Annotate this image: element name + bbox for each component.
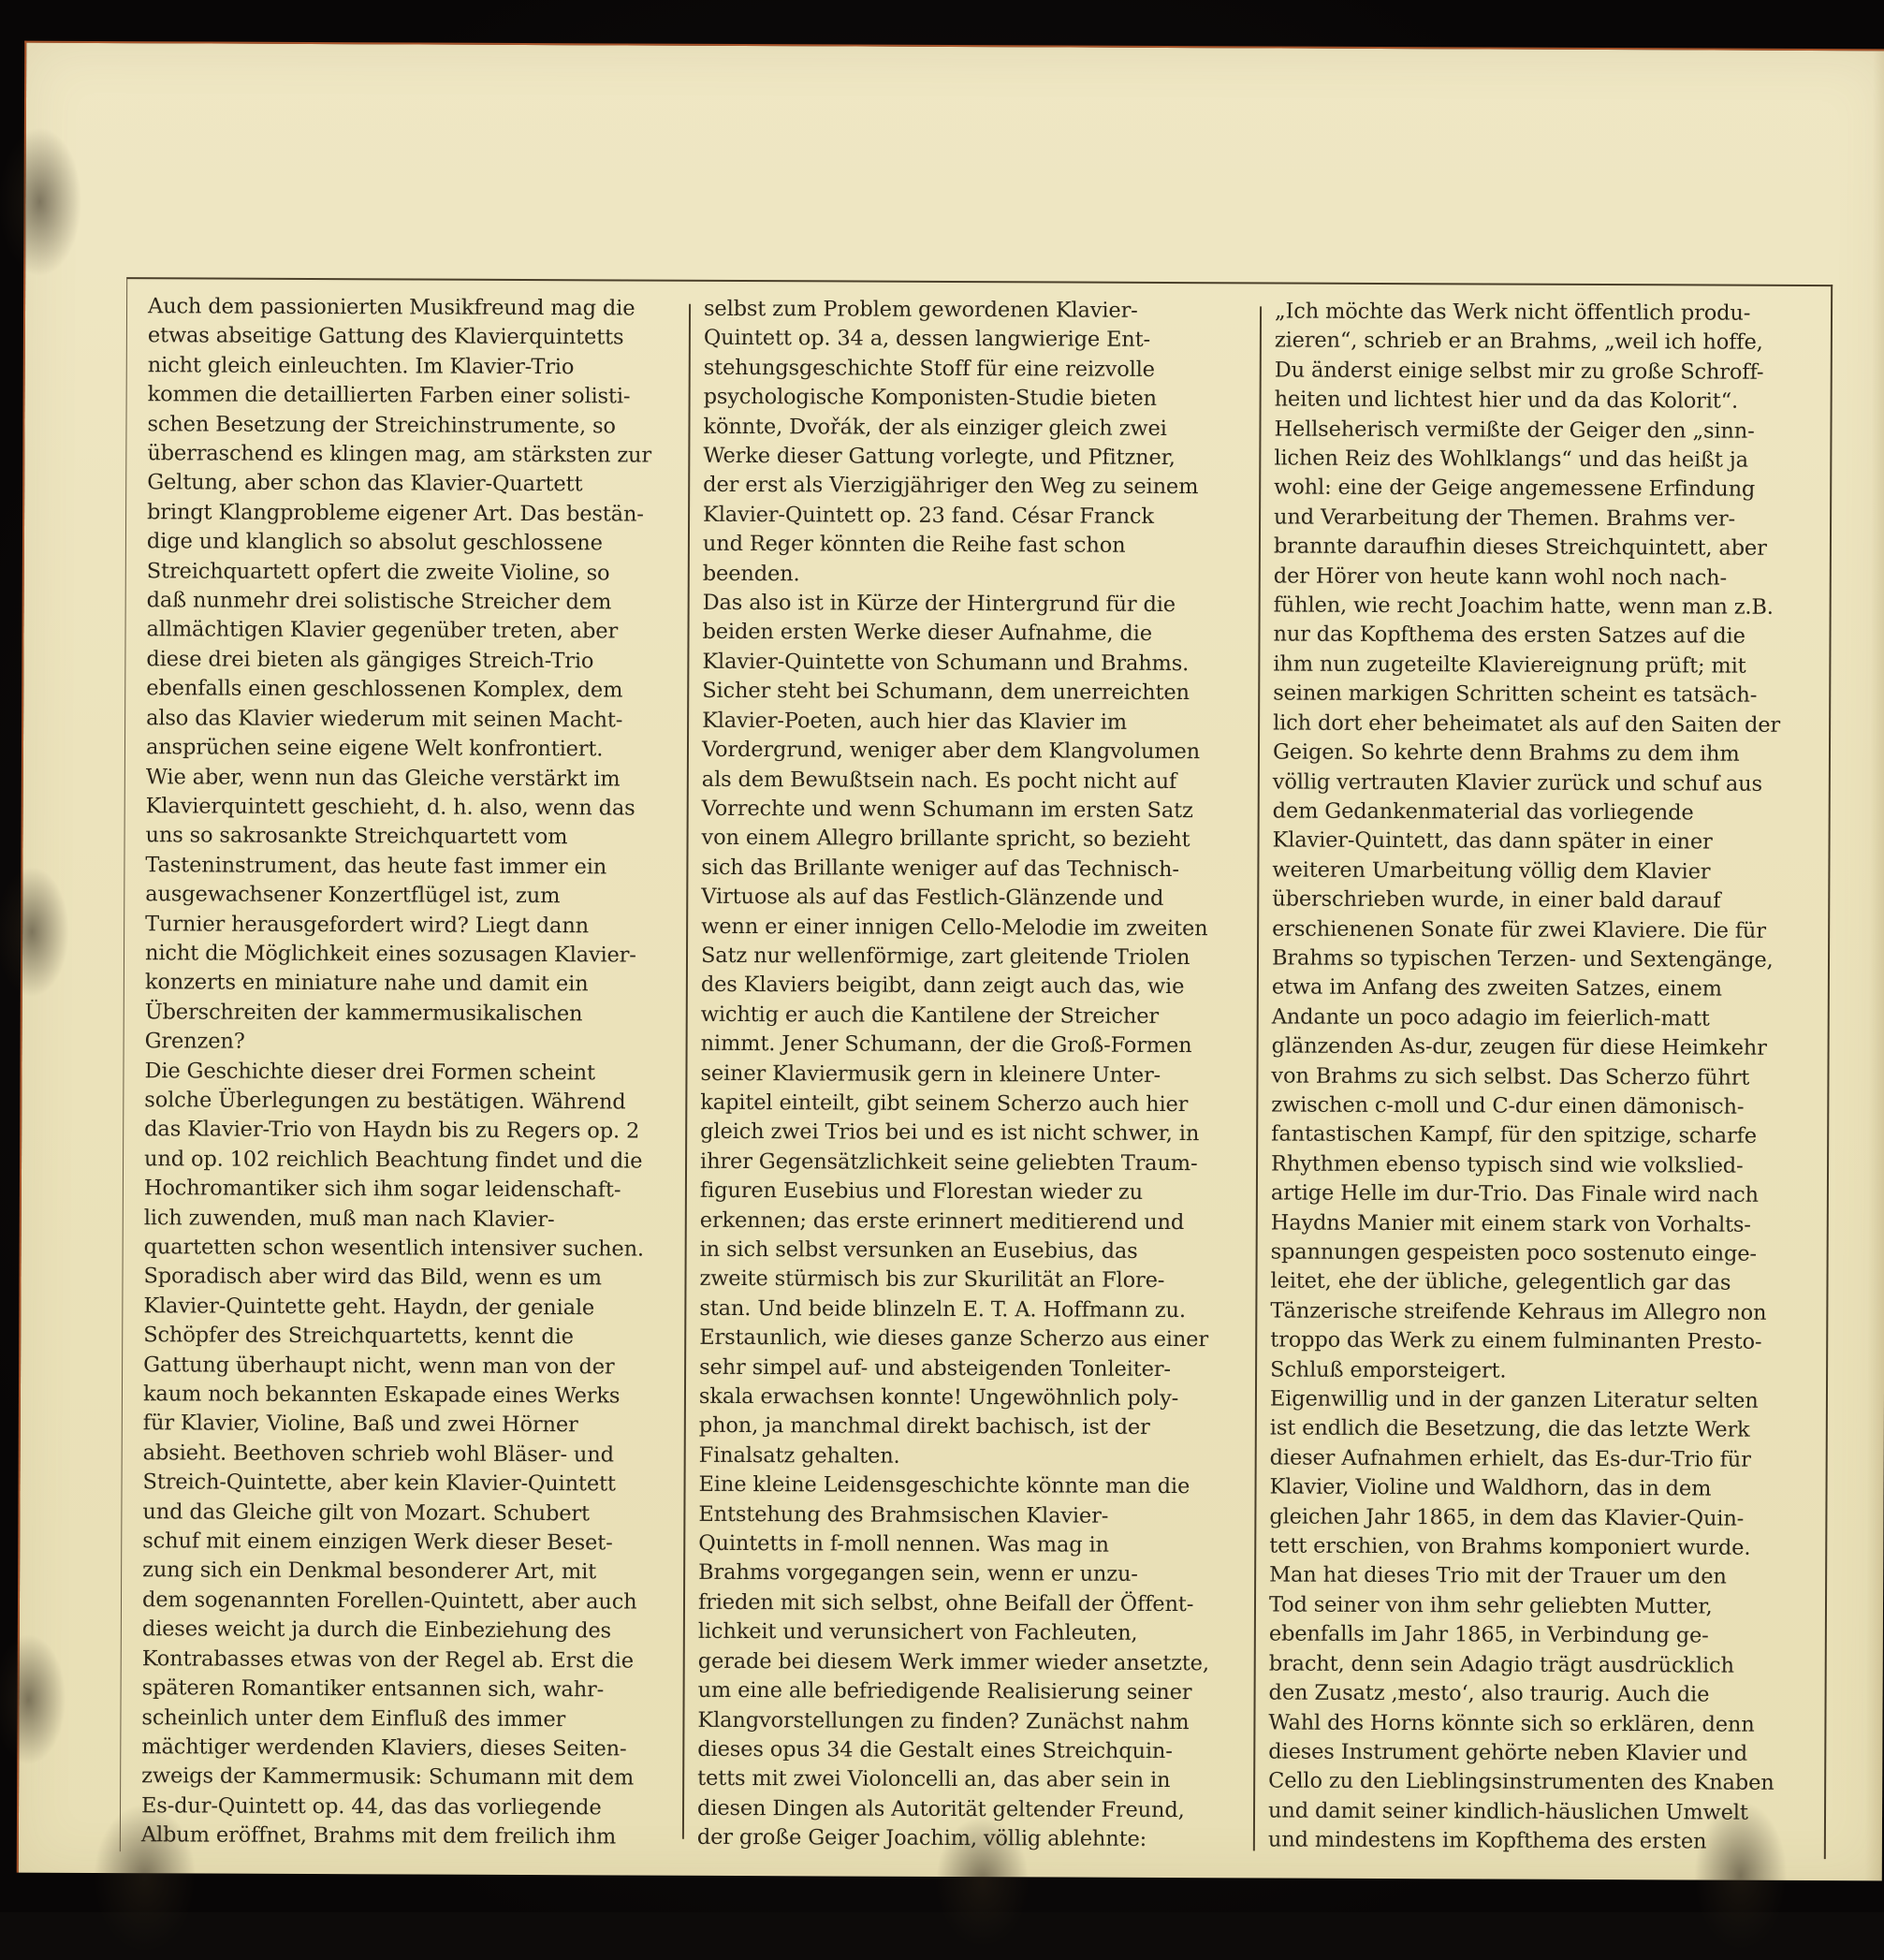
text-line: Entstehung des Brahmsischen Klavier- <box>698 1499 1250 1531</box>
text-line: Das also ist in Kürze der Hintergrund fü… <box>703 589 1255 621</box>
text-line: kaum noch bekannten Eskapade eines Werks <box>143 1380 679 1411</box>
text-line: für Klavier, Violine, Baß und zwei Hörne… <box>143 1410 679 1441</box>
text-line: bringt Klangprobleme eigener Art. Das be… <box>147 498 682 530</box>
text-line: nicht die Möglichkeit eines sozusagen Kl… <box>145 939 680 971</box>
text-line: Klavier-Quintett, das dann später in ein… <box>1272 826 1815 858</box>
text-line: Geigen. So kehrte denn Brahms zu dem ihm <box>1273 739 1816 770</box>
text-line: etwas abseitige Gattung des Klavierquint… <box>148 322 683 354</box>
text-line: und damit seiner kindlich-häuslichen Umw… <box>1268 1796 1811 1828</box>
text-line: weiteren Umarbeitung völlig dem Klavier <box>1272 856 1815 887</box>
text-line: der große Geiger Joachim, völlig ablehnt… <box>697 1823 1249 1855</box>
text-line: Es-dur-Quintett op. 44, das das vorliege… <box>141 1792 677 1823</box>
text-line: Hellseherisch vermißte der Geiger den „s… <box>1274 415 1817 446</box>
text-line: Satz nur wellenförmige, zart gleitende T… <box>701 942 1253 973</box>
text-line: stan. Und beide blinzeln E. T. A. Hoffma… <box>699 1294 1251 1326</box>
text-line: seinen markigen Schritten scheint es tat… <box>1273 680 1816 711</box>
text-line: schen Besetzung der Streichinstrumente, … <box>147 410 682 442</box>
text-line: ihm nun zugeteilte Klaviereignung prüft;… <box>1273 650 1816 681</box>
text-line: den Zusatz ‚mesto‘, also traurig. Auch d… <box>1269 1679 1812 1711</box>
text-line: Virtuose als auf das Festlich-Glänzende … <box>701 883 1253 914</box>
text-line: heiten und lichtest hier und da das Kolo… <box>1275 386 1818 417</box>
text-line: des Klaviers beigibt, dann zeigt auch da… <box>701 971 1253 1002</box>
text-line: das Klavier-Trio von Haydn bis zu Regers… <box>144 1116 679 1148</box>
text-line: Quintetts in f-moll nennen. Was mag in <box>698 1529 1250 1561</box>
text-line: Tod seiner von ihm sehr geliebten Mutter… <box>1269 1590 1812 1622</box>
text-line: stehungsgeschichte Stoff für eine reizvo… <box>704 354 1256 386</box>
text-line: Klavierquintett geschieht, d. h. also, w… <box>146 792 681 824</box>
text-line: Quintett op. 34 a, dessen langwierige En… <box>704 324 1256 356</box>
text-line: Haydns Manier mit einem stark von Vorhal… <box>1271 1208 1814 1240</box>
text-line: sich das Brillante weniger auf das Techn… <box>701 854 1253 885</box>
text-line: Andante un poco adagio im feierlich-matt <box>1272 1002 1815 1034</box>
text-line: und Verarbeitung der Themen. Brahms ver- <box>1274 503 1817 534</box>
text-line: Klavier, Violine und Waldhorn, das in de… <box>1269 1473 1812 1505</box>
text-line: Hochromantiker sich ihm sogar leidenscha… <box>144 1174 679 1206</box>
text-line: Klavier-Quintett op. 23 fand. César Fran… <box>703 501 1255 533</box>
text-line: figuren Eusebius und Florestan wieder zu <box>700 1177 1252 1208</box>
text-line: ihrer Gegensätzlichkeit seine geliebten … <box>700 1148 1252 1179</box>
text-line: absieht. Beethoven schrieb wohl Bläser- … <box>143 1439 679 1470</box>
text-line: Brahms so typischen Terzen- und Sextengä… <box>1272 943 1815 975</box>
text-line: zweigs der Kammermusik: Schumann mit dem <box>141 1763 677 1794</box>
text-line: frieden mit sich selbst, ohne Beifall de… <box>698 1588 1250 1620</box>
text-line: dieses weicht ja durch die Einbeziehung … <box>142 1616 678 1647</box>
text-line: Klangvorstellungen zu finden? Zunächst n… <box>697 1705 1249 1737</box>
text-line: Werke dieser Gattung vorlegte, und Pfitz… <box>703 442 1255 474</box>
text-line: artige Helle im dur-Trio. Das Finale wir… <box>1271 1179 1814 1211</box>
text-line: Wahl des Horns könnte sich so erklären, … <box>1268 1708 1811 1740</box>
text-line: Die Geschichte dieser drei Formen schein… <box>144 1057 679 1089</box>
text-line: überraschend es klingen mag, am stärkste… <box>147 439 682 471</box>
text-line: dige und klanglich so absolut geschlosse… <box>147 527 682 559</box>
text-line: von Brahms zu sich selbst. Das Scherzo f… <box>1271 1061 1814 1093</box>
text-line: beenden. <box>703 559 1255 591</box>
text-line: Tasteninstrument, das heute fast immer e… <box>145 851 680 883</box>
text-line: psychologische Komponisten-Studie bieten <box>704 383 1256 415</box>
text-line: Geltung, aber schon das Klavier-Quartett <box>147 469 682 501</box>
text-line: bracht, denn sein Adagio trägt ausdrückl… <box>1269 1649 1812 1681</box>
text-line: zwischen c-moll und C-dur einen dämonisc… <box>1271 1090 1814 1122</box>
text-column-1: Auch dem passionierten Musikfreund mag d… <box>141 292 683 1852</box>
text-line: wichtig er auch die Kantilene der Streic… <box>701 1001 1253 1032</box>
text-line: Rhythmen ebenso typisch sind wie volksli… <box>1271 1149 1814 1181</box>
text-column-2: selbst zum Problem gewordenen Klavier-Qu… <box>697 295 1256 1855</box>
text-line: fühlen, wie recht Joachim hatte, wenn ma… <box>1274 592 1817 623</box>
text-line: dieser Aufnahmen erhielt, das Es-dur-Tri… <box>1270 1443 1813 1475</box>
text-line: Sicher steht bei Schumann, dem unerreich… <box>702 677 1254 709</box>
text-line: Grenzen? <box>145 1027 680 1059</box>
text-line: kommen die detaillierten Farben einer so… <box>148 380 683 412</box>
text-line: wenn er einer innigen Cello-Melodie im z… <box>701 912 1253 943</box>
text-line: Sporadisch aber wird das Bild, wenn es u… <box>143 1263 679 1294</box>
clip-shadow <box>0 1634 66 1765</box>
text-line: nicht gleich einleuchten. Im Klavier-Tri… <box>148 351 683 383</box>
text-line: spannungen gespeisten poco sostenuto ein… <box>1271 1237 1814 1269</box>
text-line: etwa im Anfang des zweiten Satzes, einem <box>1272 973 1815 1005</box>
text-line: lichen Reiz des Wohlklangs“ und das heiß… <box>1274 445 1817 476</box>
text-line: phon, ja manchmal direkt bachisch, ist d… <box>699 1411 1251 1443</box>
text-frame: Auch dem passionierten Musikfreund mag d… <box>120 277 1833 1859</box>
text-line: also das Klavier wiederum mit seinen Mac… <box>146 704 681 736</box>
text-line: und das Gleiche gilt von Mozart. Schuber… <box>142 1498 678 1529</box>
text-line: wohl: eine der Geige angemessene Erfindu… <box>1274 474 1817 505</box>
text-line: Klavier-Quintette von Schumann und Brahm… <box>702 648 1254 680</box>
text-line: Turnier herausgefordert wird? Liegt dann <box>145 910 680 942</box>
text-line: Cello zu den Lieblingsinstrumenten des K… <box>1268 1767 1811 1799</box>
text-line: kapitel einteilt, gibt seinem Scherzo au… <box>700 1089 1252 1120</box>
text-line: dem Gedankenmaterial das vorliegende <box>1273 797 1816 828</box>
text-line: erkennen; das erste erinnert meditierend… <box>700 1206 1252 1237</box>
text-line: glänzenden As-dur, zeugen für diese Heim… <box>1272 1032 1815 1064</box>
text-line: ebenfalls im Jahr 1865, in Verbindung ge… <box>1269 1620 1812 1652</box>
text-line: Schluß emporsteigert. <box>1270 1355 1813 1387</box>
text-line: erschienenen Sonate für zwei Klaviere. D… <box>1272 914 1815 946</box>
text-line: Überschreiten der kammermusikalischen <box>145 998 680 1030</box>
text-line: „Ich möchte das Werk nicht öffentlich pr… <box>1275 297 1818 329</box>
text-line: troppo das Werk zu einem fulminanten Pre… <box>1270 1326 1813 1358</box>
text-line: Klavier-Poeten, auch hier das Klavier im <box>702 707 1254 739</box>
text-line: solche Überlegungen zu bestätigen. Währe… <box>144 1086 679 1118</box>
text-column-3: „Ich möchte das Werk nicht öffentlich pr… <box>1268 297 1818 1857</box>
text-line: Streichquartett opfert die zweite Violin… <box>147 557 682 589</box>
text-line: tett erschien, von Brahms komponiert wur… <box>1269 1532 1812 1564</box>
text-line: könnte, Dvořák, der als einziger gleich … <box>703 412 1255 444</box>
text-line: tetts mit zwei Violoncelli an, das aber … <box>697 1764 1249 1796</box>
text-line: Wie aber, wenn nun das Gleiche verstärkt… <box>146 763 681 795</box>
text-line: ebenfalls einen geschlossenen Komplex, d… <box>146 675 681 707</box>
text-line: uns so sakrosankte Streichquartett vom <box>146 822 681 854</box>
text-line: Vorrechte und wenn Schumann im ersten Sa… <box>702 795 1254 826</box>
text-line: Eigenwillig und in der ganzen Literatur … <box>1270 1385 1813 1417</box>
text-line: daß nunmehr drei solistische Streicher d… <box>147 586 682 618</box>
text-line: und op. 102 reichlich Beachtung findet u… <box>144 1145 679 1177</box>
text-line: ansprüchen seine eigene Welt konfrontier… <box>146 733 681 765</box>
text-line: in sich selbst versunken an Eusebius, da… <box>700 1236 1252 1267</box>
text-line: allmächtigen Klavier gegenüber treten, a… <box>146 616 681 648</box>
text-line: Streich-Quintette, aber kein Klavier-Qui… <box>142 1468 678 1499</box>
clip-shadow <box>0 867 69 998</box>
page-curl-edge <box>1865 51 1884 1880</box>
text-line: lichkeit und verunsichert von Fachleuten… <box>698 1617 1250 1649</box>
text-line: um eine alle befriedigende Realisierung … <box>698 1676 1250 1708</box>
text-line: nimmt. Jener Schumann, der die Groß-Form… <box>701 1030 1253 1061</box>
text-line: zweite stürmisch bis zur Skurilität an F… <box>699 1265 1251 1296</box>
text-line: gleichen Jahr 1865, in dem das Klavier-Q… <box>1269 1502 1812 1534</box>
text-line: Du änderst einige selbst mir zu große Sc… <box>1275 356 1818 388</box>
text-line: diese drei bieten als gängiges Streich-T… <box>146 645 681 677</box>
text-line: ausgewachsener Konzertflügel ist, zum <box>145 880 680 912</box>
text-line: als dem Bewußtsein nach. Es pocht nicht … <box>702 765 1254 797</box>
text-line: scheinlich unter dem Einfluß des immer <box>141 1704 677 1735</box>
text-line: konzerts en miniature nahe und damit ein <box>145 969 680 1001</box>
liner-notes-sheet: Auch dem passionierten Musikfreund mag d… <box>17 41 1884 1881</box>
text-line: dem sogenannten Forellen-Quintett, aber … <box>142 1586 678 1617</box>
text-line: Eine kleine Leidensgeschichte könnte man… <box>698 1470 1250 1502</box>
text-line: Album eröffnet, Brahms mit dem freilich … <box>141 1821 677 1852</box>
text-line: quartetten schon wesentlich intensiver s… <box>144 1233 679 1265</box>
text-line: Kontrabasses etwas von der Regel ab. Ers… <box>142 1645 678 1676</box>
text-line: gleich zwei Trios bei und es ist nicht s… <box>700 1118 1252 1149</box>
text-line: schuf mit einem einzigen Werk dieser Bes… <box>142 1527 678 1558</box>
text-line: gerade bei diesem Werk immer wieder anse… <box>698 1647 1250 1679</box>
text-line: Finalsatz gehalten. <box>699 1441 1251 1473</box>
text-line: skala erwachsen konnte! Ungewöhnlich pol… <box>699 1382 1251 1414</box>
text-line: lich zuwenden, muß man nach Klavier- <box>144 1204 679 1236</box>
text-line: Schöpfer des Streichquartetts, kennt die <box>143 1321 679 1353</box>
text-line: zieren“, schrieb er an Brahms, „weil ich… <box>1275 327 1818 358</box>
text-line: Erstaunlich, wie dieses ganze Scherzo au… <box>699 1324 1251 1355</box>
text-line: dieses Instrument gehörte neben Klavier … <box>1268 1737 1811 1769</box>
text-line: sehr simpel auf- und absteigenden Tonlei… <box>699 1353 1251 1384</box>
text-line: brannte daraufhin dieses Streichquintett… <box>1274 533 1817 564</box>
text-line: diesen Dingen als Autorität geltender Fr… <box>697 1794 1249 1826</box>
text-line: zung sich ein Denkmal besonderer Art, mi… <box>142 1557 678 1588</box>
text-line: beiden ersten Werke dieser Aufnahme, die <box>702 618 1254 650</box>
text-line: seiner Klaviermusik gern in kleinere Unt… <box>700 1059 1252 1090</box>
text-line: nur das Kopfthema des ersten Satzes auf … <box>1273 621 1816 652</box>
text-line: fantastischen Kampf, für den spitzige, s… <box>1271 1120 1814 1152</box>
column-divider <box>682 304 691 1839</box>
text-line: ist endlich die Besetzung, die das letzt… <box>1270 1414 1813 1446</box>
text-line: und mindestens im Kopfthema des ersten <box>1268 1826 1811 1858</box>
text-line: von einem Allegro brillante spricht, so … <box>701 824 1253 856</box>
text-line: Man hat dieses Trio mit der Trauer um de… <box>1269 1561 1812 1593</box>
text-line: Klavier-Quintette geht. Haydn, der genia… <box>143 1292 679 1324</box>
text-line: mächtiger werdenden Klaviers, dieses Sei… <box>141 1733 677 1764</box>
text-line: völlig vertrauten Klavier zurück und sch… <box>1273 768 1816 799</box>
text-line: Brahms vorgegangen sein, wenn er unzu- <box>698 1558 1250 1590</box>
text-line: dieses opus 34 die Gestalt eines Streich… <box>697 1735 1249 1767</box>
text-line: selbst zum Problem gewordenen Klavier- <box>704 295 1256 327</box>
text-line: Vordergrund, weniger aber dem Klangvolum… <box>702 736 1254 768</box>
text-line: der erst als Vierzigjähriger den Weg zu … <box>703 471 1255 503</box>
clip-shadow <box>0 127 82 277</box>
text-line: Auch dem passionierten Musikfreund mag d… <box>148 292 683 324</box>
text-line: der Hörer von heute kann wohl noch nach- <box>1274 562 1817 593</box>
text-line: späteren Romantiker entsannen sich, wahr… <box>142 1674 678 1705</box>
text-line: Gattung überhaupt nicht, wenn man von de… <box>143 1351 679 1382</box>
text-line: überschrieben wurde, in einer bald darau… <box>1272 885 1815 917</box>
text-line: Tänzerische streifende Kehraus im Allegr… <box>1270 1296 1813 1328</box>
text-line: lich dort eher beheimatet als auf den Sa… <box>1273 709 1816 740</box>
text-line: und Reger könnten die Reihe fast schon <box>703 530 1255 562</box>
text-line: leitet, ehe der übliche, gelegentlich ga… <box>1270 1267 1813 1299</box>
